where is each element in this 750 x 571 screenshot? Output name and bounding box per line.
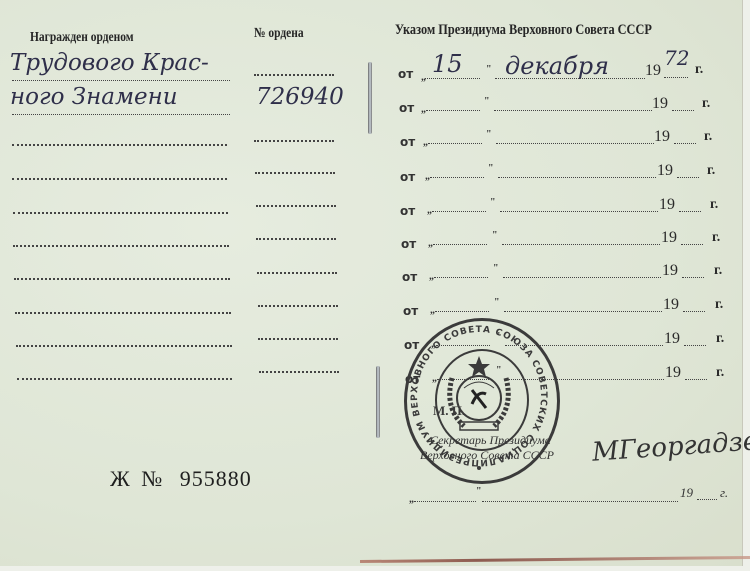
- order-name-line-5: [13, 212, 228, 214]
- order-number-line-5: [256, 205, 336, 207]
- row-1-month: декабря: [505, 52, 609, 80]
- order-number-line-3: [254, 140, 334, 142]
- row-3-year-line: [674, 143, 696, 144]
- row-2-suffix: г.: [702, 96, 710, 112]
- order-name-line-10: [17, 378, 232, 380]
- row-2-prefix: от: [399, 101, 414, 115]
- row-2-year-prefix: 19: [652, 95, 668, 113]
- serial-no-sign: №: [141, 466, 163, 491]
- row-3-year-prefix: 19: [654, 128, 670, 146]
- handwritten-order-number: 726940: [256, 84, 344, 110]
- row-1-year-suffix: 72: [664, 46, 689, 70]
- row-8-prefix: от: [403, 304, 418, 318]
- row-3-close-quote: ": [486, 129, 492, 140]
- order-name-line-8: [15, 312, 231, 314]
- row-7-day-line: [434, 277, 488, 278]
- row-5-day-line: [432, 211, 486, 212]
- order-name-line-6: [13, 245, 229, 247]
- order-number-line-9: [258, 338, 338, 340]
- row-5-year-prefix: 19: [659, 196, 675, 214]
- row-4-day-line: [430, 177, 484, 178]
- row-9-suffix: г.: [716, 331, 724, 347]
- row-6-day-line: [433, 244, 487, 245]
- awarded-order-header: Награжден орденом: [30, 30, 134, 46]
- row-5-year-line: [679, 211, 701, 212]
- row-4-prefix: от: [400, 170, 415, 184]
- order-number-line-1: [254, 74, 334, 76]
- staple-bottom: [376, 366, 380, 438]
- mp-label: М. П.: [433, 403, 465, 419]
- row-8-month-line: [504, 311, 662, 312]
- row-1-year-prefix: 19: [645, 62, 661, 80]
- row-9-year-line: [684, 345, 706, 346]
- serial-number: Ж № 955880: [110, 466, 252, 492]
- order-number-header: № ордена: [254, 26, 304, 42]
- bottom-date-open-quote: „: [409, 494, 414, 505]
- row-8-year-line: [683, 311, 705, 312]
- row-8-suffix: г.: [715, 297, 723, 313]
- row-3-prefix: от: [400, 135, 415, 149]
- row-4-month-line: [498, 177, 656, 178]
- row-7-year-line: [682, 277, 704, 278]
- serial-series: Ж: [110, 466, 131, 491]
- row-1-day: 15: [432, 50, 463, 78]
- row-6-month-line: [502, 244, 660, 245]
- bottom-suffix: г.: [720, 485, 728, 501]
- row-5-suffix: г.: [710, 197, 718, 213]
- decree-header: Указом Президиума Верховного Совета СССР: [395, 22, 652, 39]
- row-6-year-line: [681, 244, 703, 245]
- secretary-title-line-1: Секретарь Президиума: [430, 433, 551, 448]
- row-10-year-prefix: 19: [665, 364, 681, 382]
- row-8-day-line: [435, 311, 489, 312]
- order-name-line-7: [14, 278, 230, 280]
- row-6-close-quote: ": [492, 230, 498, 241]
- row-2-year-line: [672, 110, 694, 111]
- order-number-line-8: [258, 305, 338, 307]
- row-8-close-quote: ": [494, 297, 500, 308]
- row-2-day-line: [426, 110, 480, 111]
- row-10-year-line: [685, 379, 707, 380]
- row-3-month-line: [496, 143, 654, 144]
- row-1-prefix: от: [398, 67, 413, 81]
- row-7-close-quote: ": [493, 263, 499, 274]
- order-name-line-2: [12, 114, 230, 115]
- row-6-year-prefix: 19: [661, 229, 677, 247]
- row-4-close-quote: ": [488, 163, 494, 174]
- row-10-suffix: г.: [716, 365, 724, 381]
- row-6-suffix: г.: [712, 230, 720, 246]
- row-4-year-line: [677, 177, 699, 178]
- row-6-prefix: от: [401, 237, 416, 251]
- order-name-line-9: [16, 345, 232, 347]
- bottom-day-line: [414, 501, 476, 502]
- order-number-line-10: [259, 371, 339, 373]
- row-2-close-quote: ": [484, 96, 490, 107]
- row-3-day-line: [428, 143, 482, 144]
- row-4-year-prefix: 19: [657, 162, 673, 180]
- row-5-close-quote: ": [490, 197, 496, 208]
- order-name-line-4: [12, 178, 227, 180]
- order-name-line-1: [12, 80, 230, 81]
- row-2-month-line: [494, 110, 652, 111]
- row-4-suffix: г.: [707, 163, 715, 179]
- row-1-month-line: [495, 78, 645, 79]
- order-number-line-6: [256, 238, 336, 240]
- row-7-prefix: от: [402, 270, 417, 284]
- secretary-title-line-2: Верховного Совета СССР: [420, 448, 554, 463]
- row-1-suffix: г.: [695, 62, 703, 78]
- row-7-year-prefix: 19: [662, 262, 678, 280]
- bottom-month-line: [482, 501, 678, 502]
- order-name-line-3: [12, 144, 227, 146]
- handwritten-order-name-2: ного Знамени: [10, 84, 178, 110]
- order-number-line-4: [255, 172, 335, 174]
- bottom-date-close-quote: ": [476, 486, 482, 497]
- order-number-line-7: [257, 272, 337, 274]
- row-1-day-line: [425, 78, 480, 79]
- row-5-month-line: [500, 211, 658, 212]
- row-7-month-line: [503, 277, 661, 278]
- row-7-suffix: г.: [714, 263, 722, 279]
- bottom-year-prefix: 19: [680, 485, 693, 501]
- bottom-year-line: [697, 499, 717, 500]
- handwritten-order-name-1: Трудового Крас-: [10, 50, 209, 76]
- row-9-year-prefix: 19: [664, 330, 680, 348]
- row-1-close-quote: ": [486, 64, 492, 75]
- row-1-year-line: [664, 77, 688, 78]
- row-3-suffix: г.: [704, 129, 712, 145]
- row-5-prefix: от: [400, 204, 415, 218]
- staple-top: [368, 62, 372, 134]
- serial-digits: 955880: [180, 466, 252, 491]
- row-8-year-prefix: 19: [663, 296, 679, 314]
